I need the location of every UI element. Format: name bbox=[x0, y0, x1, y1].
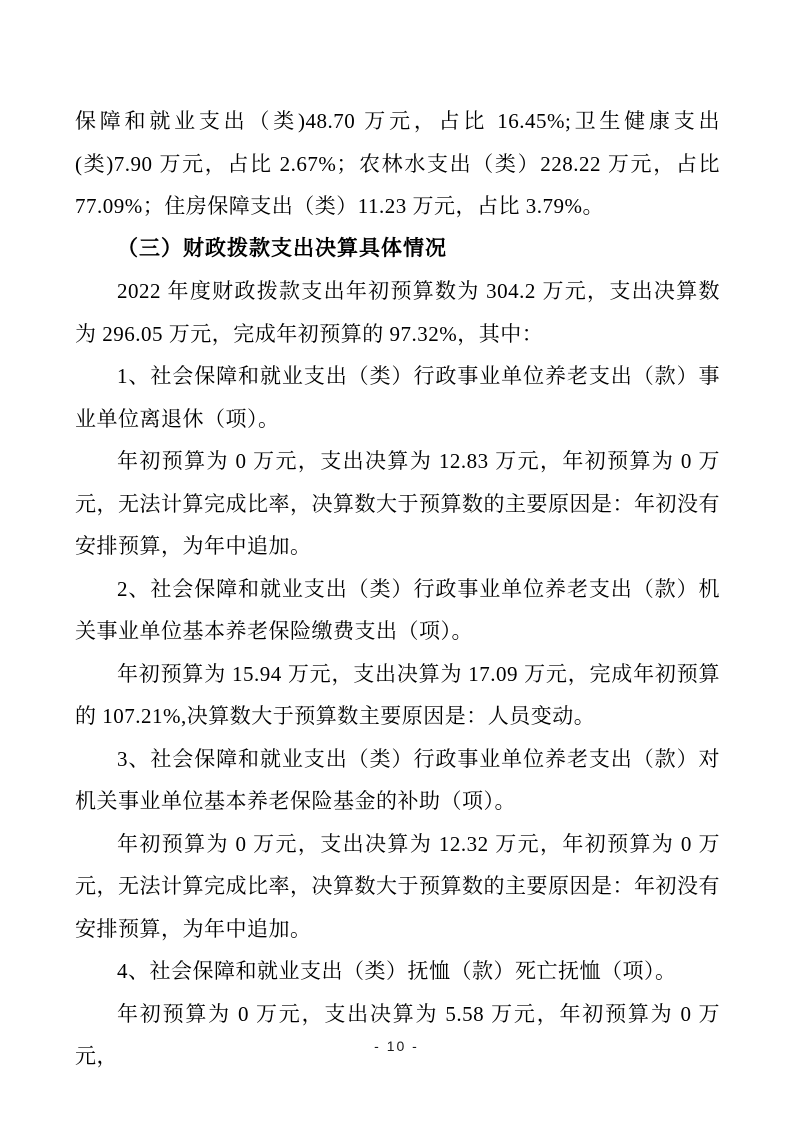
paragraph-item-2-detail: 年初预算为 15.94 万元，支出决算为 17.09 万元，完成年初预算的 10… bbox=[75, 653, 720, 738]
paragraph-expenditure-breakdown-continuation: 保障和就业支出（类)48.70 万元，占比 16.45%;卫生健康支出(类)7.… bbox=[75, 100, 720, 228]
paragraph-item-1-title: 1、社会保障和就业支出（类）行政事业单位养老支出（款）事业单位离退休（项）。 bbox=[75, 355, 720, 440]
document-page: 保障和就业支出（类)48.70 万元，占比 16.45%;卫生健康支出(类)7.… bbox=[0, 0, 793, 1122]
paragraph-item-4-detail: 年初预算为 0 万元，支出决算为 5.58 万元，年初预算为 0 万元， bbox=[75, 993, 720, 1078]
paragraph-item-1-detail: 年初预算为 0 万元，支出决算为 12.83 万元，年初预算为 0 万元，无法计… bbox=[75, 440, 720, 568]
paragraph-item-3-detail: 年初预算为 0 万元，支出决算为 12.32 万元，年初预算为 0 万元，无法计… bbox=[75, 823, 720, 951]
paragraph-item-2-title: 2、社会保障和就业支出（类）行政事业单位养老支出（款）机关事业单位基本养老保险缴… bbox=[75, 568, 720, 653]
paragraph-item-4-title: 4、社会保障和就业支出（类）抚恤（款）死亡抚恤（项）。 bbox=[75, 950, 720, 993]
paragraph-item-3-title: 3、社会保障和就业支出（类）行政事业单位养老支出（款）对机关事业单位基本养老保险… bbox=[75, 738, 720, 823]
document-body: 保障和就业支出（类)48.70 万元，占比 16.45%;卫生健康支出(类)7.… bbox=[75, 100, 720, 1078]
paragraph-2022-budget-overview: 2022 年度财政拨款支出年初预算数为 304.2 万元，支出决算数为 296.… bbox=[75, 270, 720, 355]
section-heading-fiscal-appropriation-expenditure-details: （三）财政拨款支出决算具体情况 bbox=[75, 228, 720, 271]
page-number: - 10 - bbox=[0, 1038, 793, 1054]
